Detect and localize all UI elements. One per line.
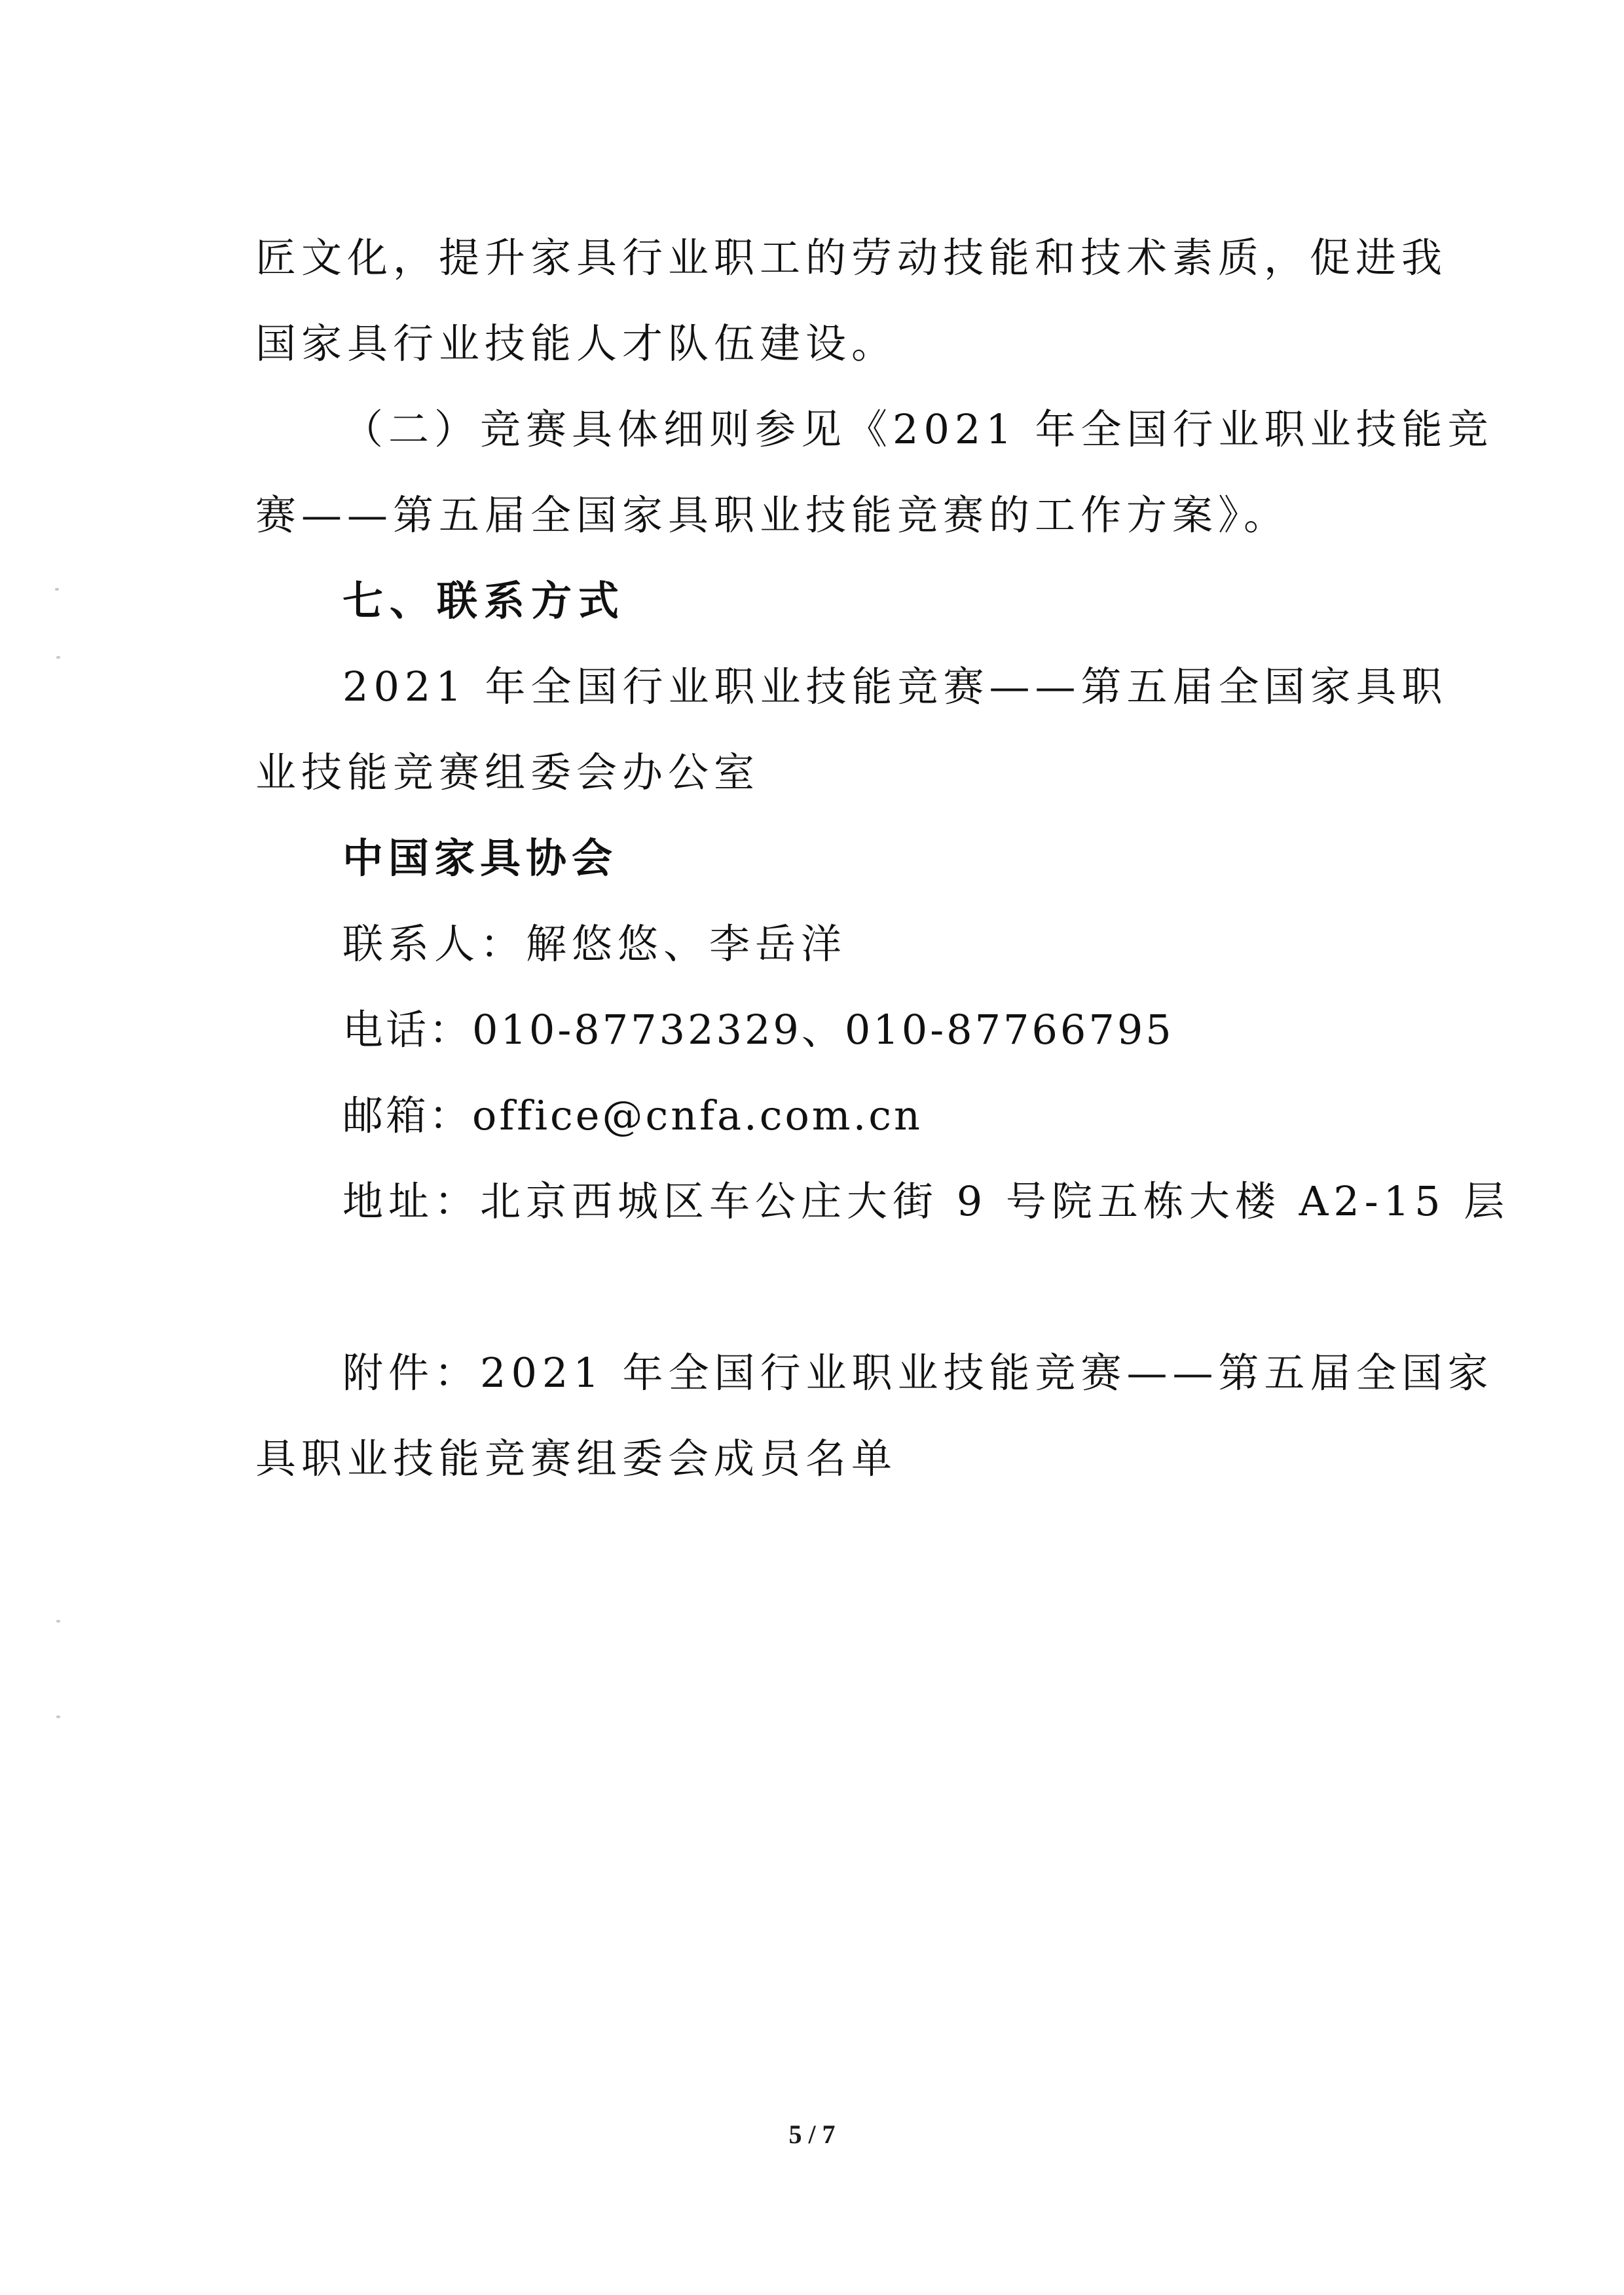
page-number: 5 / 7 (747, 2116, 877, 2153)
scan-speck (56, 656, 60, 659)
contact-email: 邮箱：office@cnfa.com.cn (342, 1073, 1376, 1158)
attachment-line-2: 具职业技能竞赛组委会成员名单 (255, 1416, 1376, 1501)
scan-speck (56, 1620, 60, 1623)
section-heading-contact: 七、联系方式 (342, 558, 1376, 644)
scan-speck (56, 1716, 60, 1718)
contact-address: 地址：北京西城区车公庄大街 9 号院五栋大楼 A2-15 层 (342, 1158, 1376, 1244)
paragraph-2-line-1: （二）竞赛具体细则参见《2021 年全国行业职业技能竞 (342, 386, 1376, 472)
paragraph-3-line-1: 2021 年全国行业职业技能竞赛——第五届全国家具职 (342, 644, 1376, 729)
paragraph-1-line-2: 国家具行业技能人才队伍建设。 (255, 301, 1376, 386)
paragraph-3-line-2: 业技能竞赛组委会办公室 (255, 729, 1376, 815)
paragraph-1-line-1: 匠文化，提升家具行业职工的劳动技能和技术素质，促进我 (255, 215, 1376, 301)
attachment-line-1: 附件：2021 年全国行业职业技能竞赛——第五届全国家 (342, 1330, 1376, 1416)
document-page: 匠文化，提升家具行业职工的劳动技能和技术素质，促进我 国家具行业技能人才队伍建设… (0, 0, 1624, 2295)
scan-speck (55, 588, 59, 591)
contact-persons: 联系人：解悠悠、李岳洋 (342, 901, 1376, 987)
organization-name: 中国家具协会 (342, 815, 1376, 901)
contact-phone: 电话：010-87732329、010-87766795 (342, 987, 1376, 1073)
paragraph-2-line-2: 赛——第五届全国家具职业技能竞赛的工作方案》。 (255, 472, 1376, 558)
